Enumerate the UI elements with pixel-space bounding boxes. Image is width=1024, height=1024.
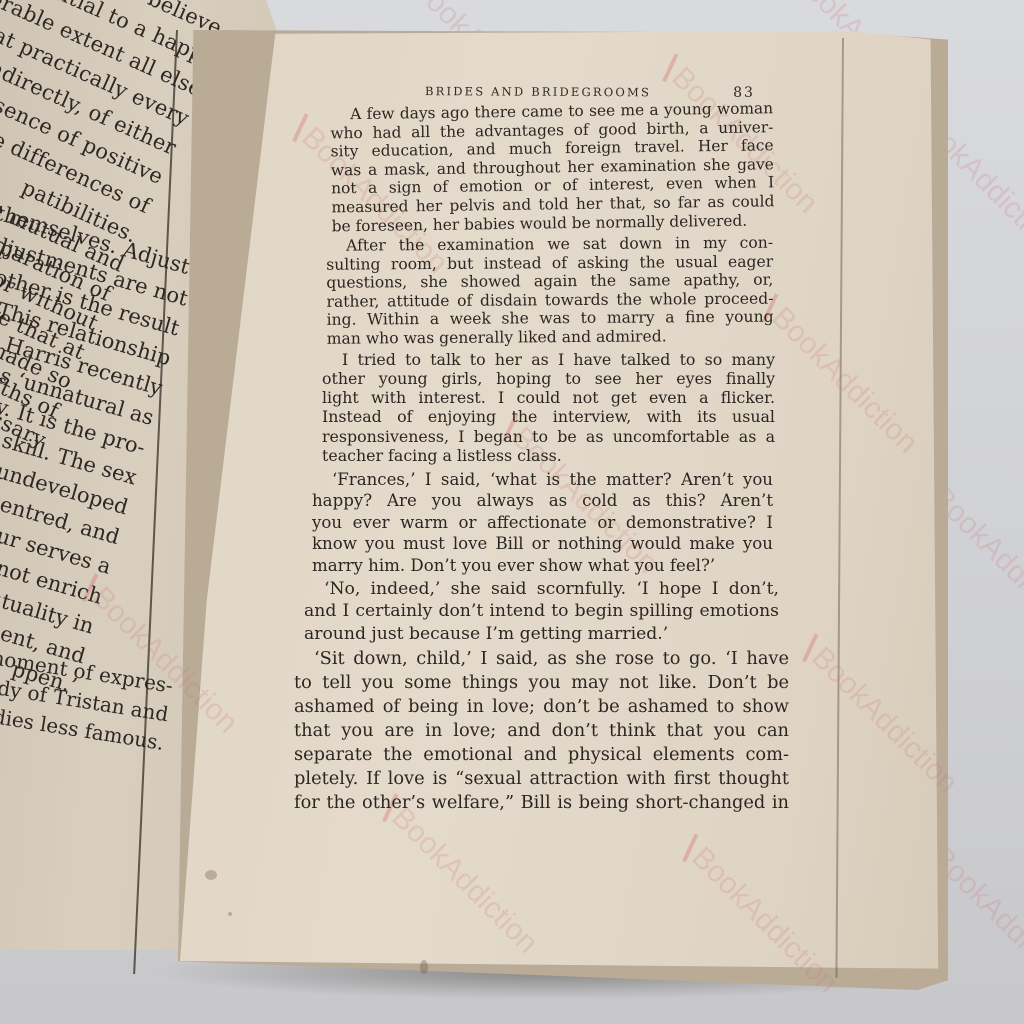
foxing-spot	[420, 960, 428, 974]
photo-scene: BookAddiction BookAddiction BookAddictio…	[0, 0, 1024, 1024]
text-line: ‘Sit down, child,’ I said, as she rose t…	[294, 647, 789, 671]
text-line: separate the emotional and physical elem…	[294, 743, 789, 767]
paragraph: After the examination we sat down in my …	[290, 234, 796, 349]
text-line: ‘Frances,’ I said, ‘what is the matter? …	[312, 469, 773, 490]
text-line: ‘No, indeed,’ she said scornfully. ‘I ho…	[304, 578, 779, 600]
text-line: other young girls, hoping to see her eye…	[322, 369, 775, 388]
text-line: Instead of enjoying the interview, with …	[322, 407, 775, 426]
running-head-title: BRIDES AND BRIDEGROOMS	[425, 84, 651, 99]
foxing-spot	[205, 870, 217, 880]
page-number: 83	[733, 85, 755, 101]
paragraph: ‘No, indeed,’ she said scornfully. ‘I ho…	[290, 578, 795, 645]
text-line: I tried to talk to her as I have talked …	[322, 350, 775, 369]
text-line: ing. Within a week she was to marry a fi…	[327, 308, 774, 330]
text-line: ashamed of being in love; don’t be asham…	[294, 695, 789, 719]
text-line: happy? Are you always as cold as this? A…	[312, 490, 773, 511]
paragraph: ‘Frances,’ I said, ‘what is the matter? …	[290, 469, 795, 576]
running-head: BRIDES AND BRIDEGROOMS 83	[425, 83, 755, 101]
text-line: for the other’s welfare,” Bill is being …	[294, 791, 789, 815]
paragraph: ‘Sit down, child,’ I said, as she rose t…	[290, 647, 795, 815]
text-line: pletely. If love is “sexual attraction w…	[294, 767, 789, 791]
right-page-body: A few days ago there came to see me a yo…	[290, 106, 795, 815]
text-line: that you are in love; and don’t think th…	[294, 719, 789, 743]
text-line: light with interest. I could not get eve…	[322, 388, 775, 407]
text-line: teacher facing a listless class.	[322, 446, 775, 465]
text-line: responsiveness, I began to be as uncomfo…	[322, 427, 775, 446]
paragraph: A few days ago there came to see me a yo…	[290, 99, 797, 236]
text-line: marry him. Don’t you ever show what you …	[312, 555, 773, 576]
text-line: and I certainly don’t intend to begin sp…	[304, 600, 779, 622]
text-line: to tell you some things you may not like…	[294, 671, 789, 695]
paragraph: I tried to talk to her as I have talked …	[290, 350, 795, 465]
text-line: you ever warm or affectionate or demonst…	[312, 512, 773, 533]
text-line: man who was generally liked and admired.	[327, 327, 774, 349]
text-line: know you must love Bill or nothing would…	[312, 533, 773, 554]
text-line: around just because I’m getting married.…	[304, 623, 779, 645]
foxing-spot	[228, 912, 232, 916]
